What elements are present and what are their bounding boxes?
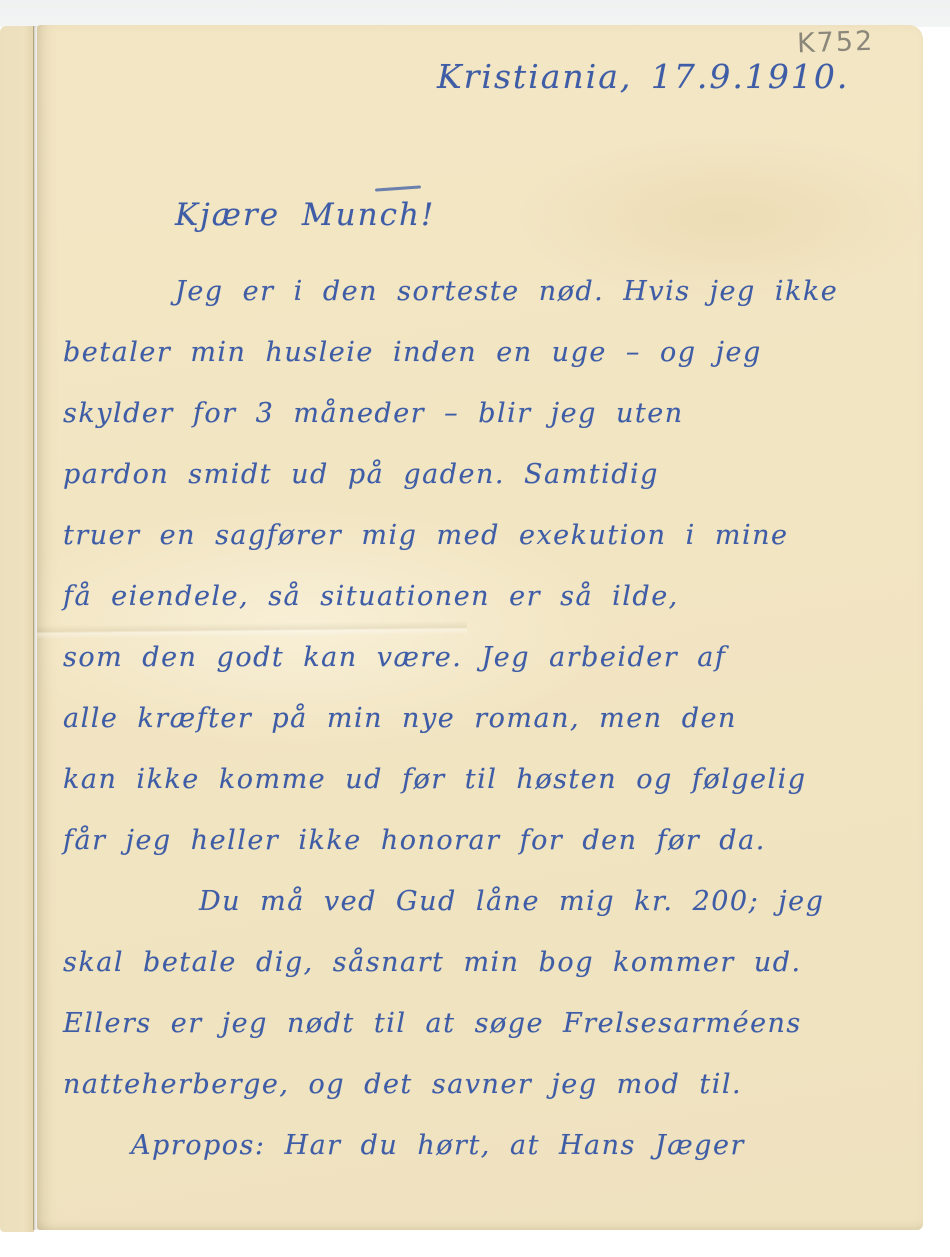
letter-line: Du må ved Gud låne mig kr. 200; jeg xyxy=(63,873,915,934)
u-stroke-mark xyxy=(375,185,421,191)
letter-page: K752 Kristiania, 17.9.1910. Kjære Munch!… xyxy=(37,25,923,1230)
dateline: Kristiania, 17.9.1910. xyxy=(437,57,849,96)
letter-line: få eiendele, så situationen er så ilde, xyxy=(63,568,915,629)
letter-line: truer en sagfører mig med exekution i mi… xyxy=(63,507,915,568)
letter-line: skal betale dig, såsnart min bog kommer … xyxy=(63,934,915,995)
letter-line: som den godt kan være. Jeg arbeider af xyxy=(63,629,915,690)
letter-line: Ellers er jeg nødt til at søge Frelsesar… xyxy=(63,995,915,1056)
letter-body: Jeg er i den sorteste nød. Hvis jeg ikke… xyxy=(63,263,915,1178)
archive-mark: K752 xyxy=(796,26,874,60)
letter-line: får jeg heller ikke honorar for den før … xyxy=(63,812,915,873)
letter-line: alle kræfter på min nye roman, men den xyxy=(63,690,915,751)
letter-line: betaler min husleie inden en uge – og je… xyxy=(63,324,915,385)
letter-line: skylder for 3 måneder – blir jeg uten xyxy=(63,385,915,446)
letter-line: kan ikke komme ud før til høsten og følg… xyxy=(63,751,915,812)
scanner-background xyxy=(0,0,950,27)
page-fold-edge xyxy=(0,26,34,1232)
letter-line: pardon smidt ud på gaden. Samtidig xyxy=(63,446,915,507)
letter-line: Apropos: Har du hørt, at Hans Jæger xyxy=(63,1117,915,1178)
letter-line: Jeg er i den sorteste nød. Hvis jeg ikke xyxy=(63,263,915,324)
scanned-letter: { "scan": { "background_top_color": "#ef… xyxy=(0,0,950,1257)
salutation: Kjære Munch! xyxy=(175,197,435,233)
letter-line: natteherberge, og det savner jeg mod til… xyxy=(63,1056,915,1117)
